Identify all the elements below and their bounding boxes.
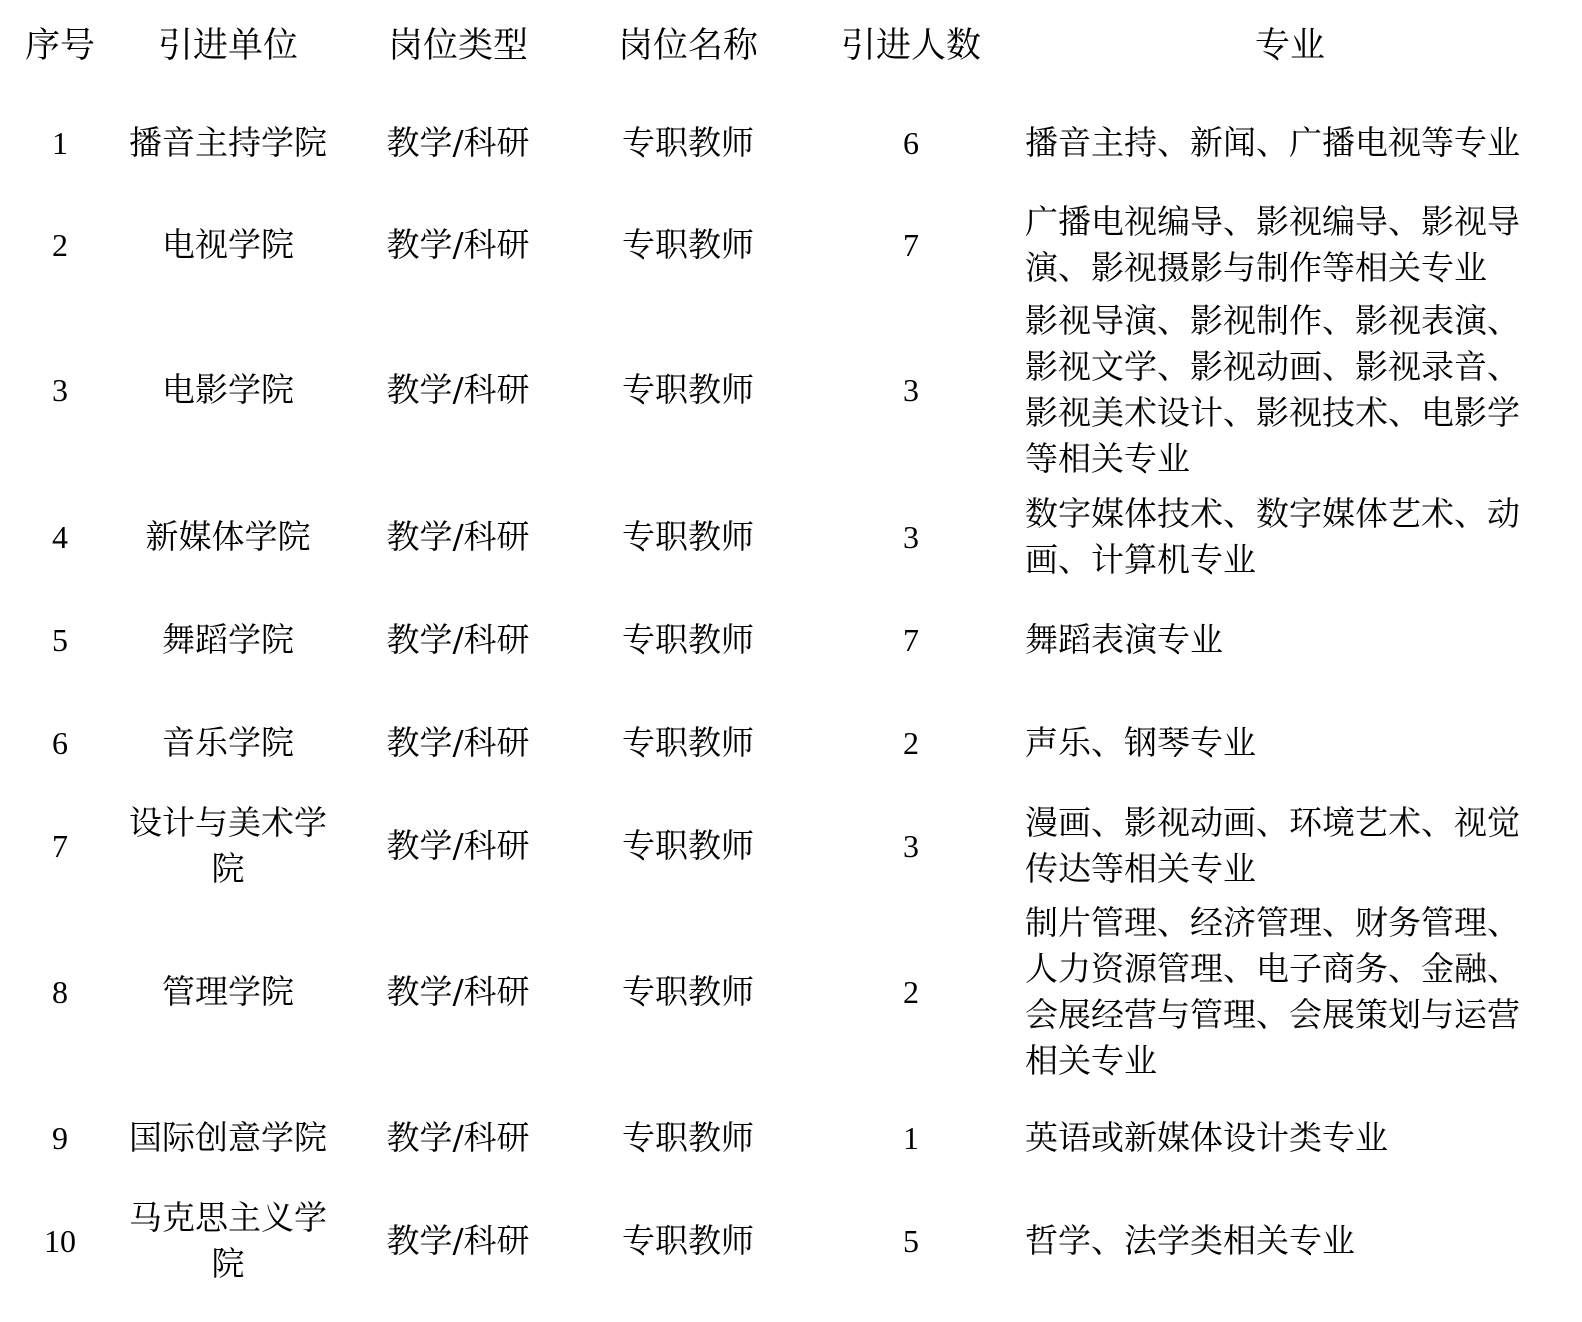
table-row: 9 国际创意学院 教学/科研 专职教师 1 英语或新媒体设计类专业 bbox=[0, 1108, 1582, 1168]
row-type: 教学/科研 bbox=[360, 713, 556, 773]
header-major: 专业 bbox=[1025, 18, 1555, 74]
table-row: 7 设计与美术学院 教学/科研 专职教师 3 漫画、影视动画、环境艺术、视觉传达… bbox=[0, 796, 1582, 896]
row-unit: 管理学院 bbox=[118, 898, 338, 1086]
table-row: 5 舞蹈学院 教学/科研 专职教师 7 舞蹈表演专业 bbox=[0, 610, 1582, 670]
header-count: 引进人数 bbox=[830, 18, 992, 74]
row-type: 教学/科研 bbox=[360, 488, 556, 586]
row-name: 专职教师 bbox=[590, 113, 786, 173]
header-unit: 引进单位 bbox=[118, 18, 338, 74]
row-type: 教学/科研 bbox=[360, 195, 556, 295]
row-name: 专职教师 bbox=[590, 610, 786, 670]
row-name: 专职教师 bbox=[590, 488, 786, 586]
row-name: 专职教师 bbox=[590, 713, 786, 773]
table-row: 1 播音主持学院 教学/科研 专职教师 6 播音主持、新闻、广播电视等专业 bbox=[0, 113, 1582, 173]
row-major: 英语或新媒体设计类专业 bbox=[1025, 1108, 1535, 1168]
table-row: 4 新媒体学院 教学/科研 专职教师 3 数字媒体技术、数字媒体艺术、动画、计算… bbox=[0, 488, 1582, 586]
row-unit: 马克思主义学院 bbox=[122, 1191, 334, 1291]
row-unit: 播音主持学院 bbox=[118, 113, 338, 173]
table-row: 10 马克思主义学院 教学/科研 专职教师 5 哲学、法学类相关专业 bbox=[0, 1191, 1582, 1291]
row-major: 广播电视编导、影视编导、影视导演、影视摄影与制作等相关专业 bbox=[1025, 195, 1535, 295]
row-count: 7 bbox=[830, 610, 992, 670]
row-no: 9 bbox=[10, 1108, 110, 1168]
row-count: 5 bbox=[830, 1191, 992, 1291]
row-no: 8 bbox=[10, 898, 110, 1086]
row-no: 4 bbox=[10, 488, 110, 586]
row-type: 教学/科研 bbox=[360, 296, 556, 484]
row-no: 6 bbox=[10, 713, 110, 773]
table-row: 3 电影学院 教学/科研 专职教师 3 影视导演、影视制作、影视表演、影视文学、… bbox=[0, 296, 1582, 484]
row-unit: 电影学院 bbox=[118, 296, 338, 484]
row-name: 专职教师 bbox=[590, 296, 786, 484]
row-unit: 舞蹈学院 bbox=[118, 610, 338, 670]
table-row: 8 管理学院 教学/科研 专职教师 2 制片管理、经济管理、财务管理、人力资源管… bbox=[0, 898, 1582, 1086]
row-major: 影视导演、影视制作、影视表演、影视文学、影视动画、影视录音、影视美术设计、影视技… bbox=[1025, 296, 1535, 484]
row-major: 播音主持、新闻、广播电视等专业 bbox=[1025, 113, 1535, 173]
row-count: 6 bbox=[830, 113, 992, 173]
row-type: 教学/科研 bbox=[360, 610, 556, 670]
header-type: 岗位类型 bbox=[360, 18, 556, 74]
row-no: 5 bbox=[10, 610, 110, 670]
row-name: 专职教师 bbox=[590, 195, 786, 295]
table-header-row: 序号 引进单位 岗位类型 岗位名称 引进人数 专业 bbox=[0, 18, 1582, 74]
row-count: 3 bbox=[830, 488, 992, 586]
row-type: 教学/科研 bbox=[360, 113, 556, 173]
row-name: 专职教师 bbox=[590, 796, 786, 896]
row-major: 制片管理、经济管理、财务管理、人力资源管理、电子商务、金融、会展经营与管理、会展… bbox=[1025, 898, 1535, 1086]
row-major: 声乐、钢琴专业 bbox=[1025, 713, 1535, 773]
row-count: 2 bbox=[830, 713, 992, 773]
header-no: 序号 bbox=[10, 18, 110, 74]
row-unit: 新媒体学院 bbox=[118, 488, 338, 586]
row-unit: 电视学院 bbox=[118, 195, 338, 295]
row-no: 7 bbox=[10, 796, 110, 896]
row-no: 3 bbox=[10, 296, 110, 484]
table-row: 6 音乐学院 教学/科研 专职教师 2 声乐、钢琴专业 bbox=[0, 713, 1582, 773]
table-row: 2 电视学院 教学/科研 专职教师 7 广播电视编导、影视编导、影视导演、影视摄… bbox=[0, 195, 1582, 295]
row-count: 7 bbox=[830, 195, 992, 295]
row-no: 1 bbox=[10, 113, 110, 173]
row-name: 专职教师 bbox=[590, 1108, 786, 1168]
row-major: 哲学、法学类相关专业 bbox=[1025, 1191, 1535, 1291]
row-type: 教学/科研 bbox=[360, 796, 556, 896]
row-unit: 音乐学院 bbox=[118, 713, 338, 773]
row-no: 2 bbox=[10, 195, 110, 295]
row-major: 数字媒体技术、数字媒体艺术、动画、计算机专业 bbox=[1025, 488, 1535, 586]
row-count: 2 bbox=[830, 898, 992, 1086]
row-name: 专职教师 bbox=[590, 1191, 786, 1291]
row-no: 10 bbox=[10, 1191, 110, 1291]
row-unit: 国际创意学院 bbox=[118, 1108, 338, 1168]
row-name: 专职教师 bbox=[590, 898, 786, 1086]
row-type: 教学/科研 bbox=[360, 898, 556, 1086]
row-type: 教学/科研 bbox=[360, 1191, 556, 1291]
row-unit: 设计与美术学院 bbox=[122, 796, 334, 896]
row-count: 1 bbox=[830, 1108, 992, 1168]
row-major: 漫画、影视动画、环境艺术、视觉传达等相关专业 bbox=[1025, 796, 1535, 896]
row-count: 3 bbox=[830, 296, 992, 484]
row-type: 教学/科研 bbox=[360, 1108, 556, 1168]
header-name: 岗位名称 bbox=[590, 18, 786, 74]
row-major: 舞蹈表演专业 bbox=[1025, 610, 1535, 670]
row-count: 3 bbox=[830, 796, 992, 896]
